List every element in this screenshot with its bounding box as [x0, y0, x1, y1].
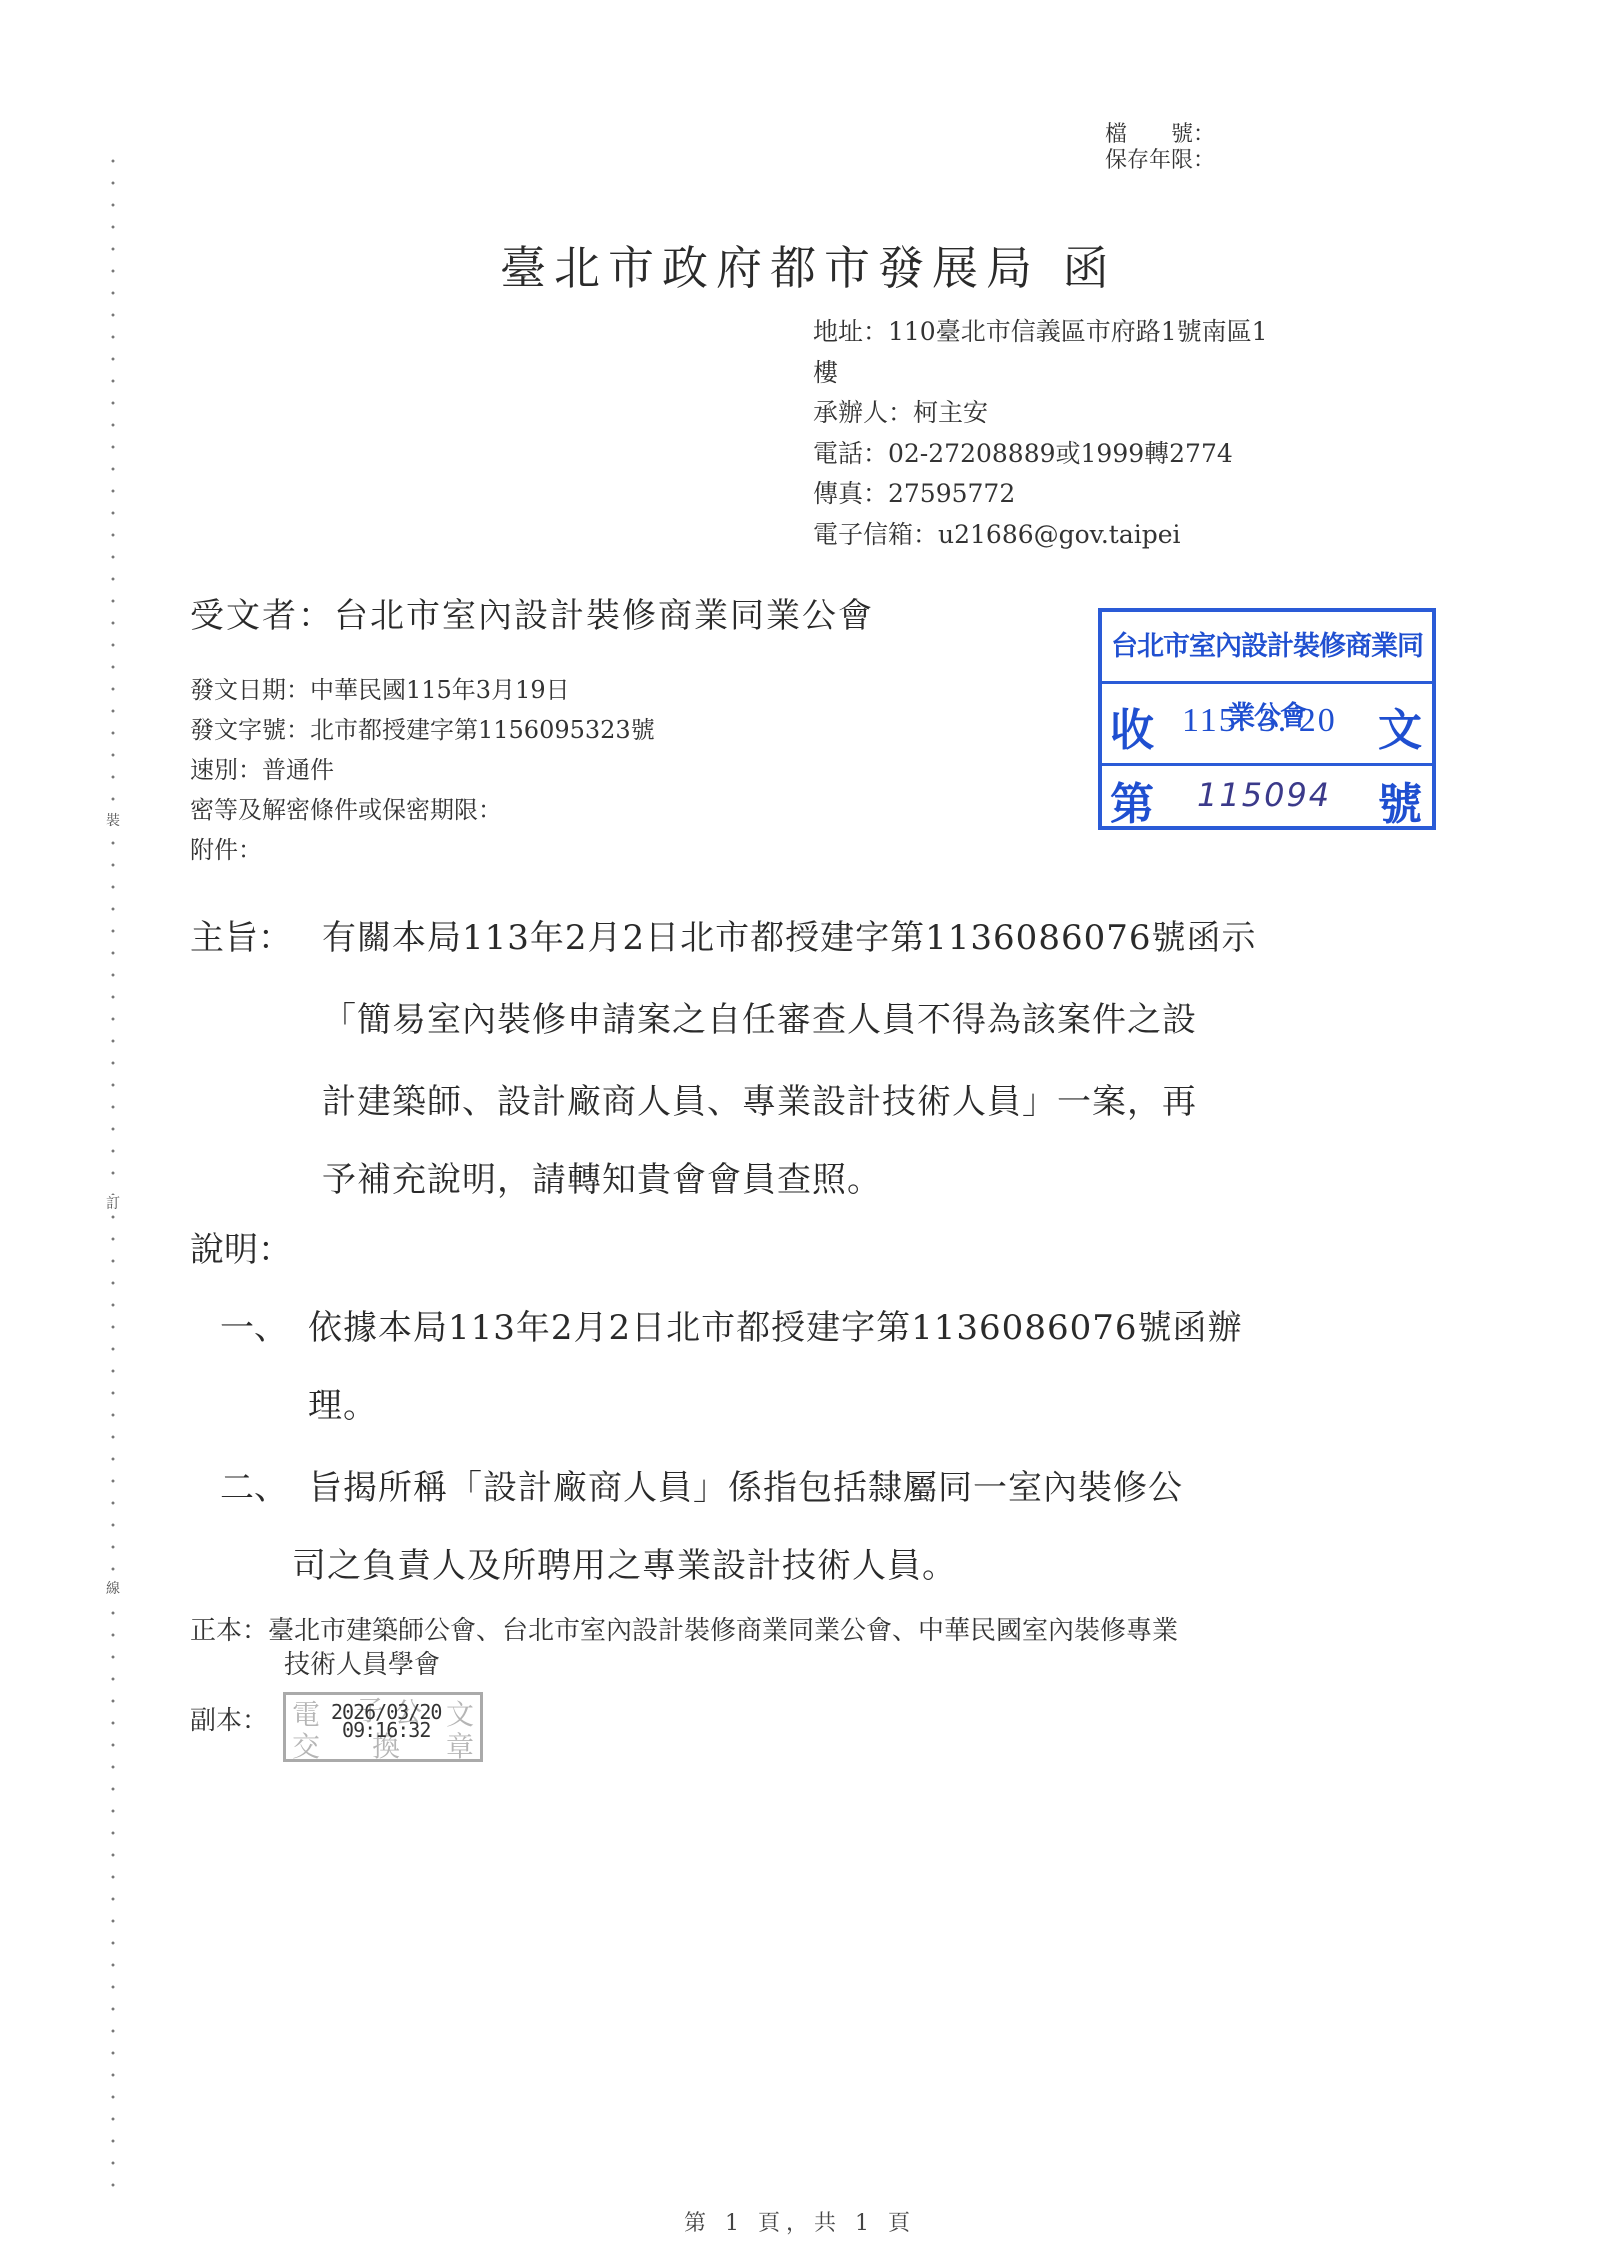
distribution-original: 正本：臺北市建築師公會、台北市室內設計裝修商業同業公會、中華民國室內裝修專業 技…: [190, 1614, 1178, 1682]
subject-line-2: 「簡易室內裝修申請案之自任審查人員不得為該案件之設: [322, 992, 1197, 1041]
document-meta: 發文日期：中華民國115年3月19日 發文字號：北市都授建字第115609532…: [190, 670, 655, 870]
estamp-time: 09:16:32: [331, 1721, 441, 1739]
original-recipients-line-1: 臺北市建築師公會、台北市室內設計裝修商業同業公會、中華民國室內裝修專業: [268, 1616, 1178, 1646]
classification: 密等及解密條件或保密期限：: [190, 790, 655, 830]
explanation-item-2-line-1: 旨揭所稱「設計廠商人員」係指包括隸屬同一室內裝修公: [308, 1460, 1183, 1509]
binding-label-zhuang: 裝: [104, 812, 122, 830]
stamp-no-prefix: 第: [1110, 768, 1154, 832]
explanation-item-1-line-1: 依據本局113年2月2日北市都授建字第1136086076號函辦: [308, 1300, 1242, 1349]
explanation-item-2-line-2: 司之負責人及所聘用之專業設計技術人員。: [292, 1538, 957, 1587]
retention-label: 保存年限：: [1105, 148, 1215, 174]
phone: 電話：02-27208889或1999轉2774: [813, 434, 1268, 475]
stamp-doc-char: 文: [1378, 694, 1422, 758]
contact-block: 地址：110臺北市信義區市府路1號南區1 樓 承辦人：柯主安 電話：02-272…: [813, 312, 1268, 555]
issue-date: 發文日期：中華民國115年3月19日: [190, 670, 655, 710]
subject-label: 主旨：: [190, 910, 292, 959]
file-meta: 檔 號： 保存年限：: [1105, 122, 1215, 174]
fax: 傳真：27595772: [813, 474, 1268, 515]
estamp-char-5: 交: [292, 1725, 320, 1765]
subject-line-1: 有關本局113年2月2日北市都授建字第1136086076號函示: [322, 910, 1256, 959]
received-stamp: 台北市室內設計裝修商業同業公會 收 115. 3. 20 文 第 115094 …: [1098, 608, 1436, 830]
handler: 承辦人：柯主安: [813, 393, 1268, 434]
recipient: 受文者：台北市室內設計裝修商業同業公會: [190, 588, 874, 637]
binding-label-ding: 訂: [104, 1195, 122, 1213]
binding-margin-dots: [110, 150, 116, 2190]
subject-line-4: 予補充說明，請轉知貴會會員查照。: [322, 1152, 882, 1201]
file-number-label: 檔 號：: [1105, 122, 1215, 148]
stamp-date-row: 收 115. 3. 20 文: [1102, 684, 1432, 766]
stamp-no-suffix: 號: [1378, 768, 1422, 832]
binding-label-xian: 線: [104, 1580, 122, 1598]
original-recipients-line-2: 技術人員學會: [190, 1648, 1178, 1682]
explanation-label: 說明：: [190, 1222, 292, 1271]
stamp-handwritten-number: 115094: [1197, 776, 1331, 814]
stamp-date: 115. 3. 20: [1182, 702, 1337, 740]
document-title: 臺北市政府都市發展局 函: [500, 232, 1117, 298]
explanation-item-2-num: 二、: [220, 1460, 288, 1509]
explanation-item-1-num: 一、: [220, 1300, 288, 1349]
estamp-timestamp: 2026/03/20 09:16:32: [331, 1703, 441, 1739]
stamp-number-row: 第 115094 號: [1102, 766, 1432, 828]
doc-number: 發文字號：北市都授建字第1156095323號: [190, 710, 655, 750]
stamp-receive-char: 收: [1110, 694, 1154, 758]
stamp-org: 台北市室內設計裝修商業同業公會: [1102, 612, 1432, 684]
estamp-char-7: 章: [446, 1725, 474, 1765]
address-line-1: 地址：110臺北市信義區市府路1號南區1: [813, 312, 1268, 353]
copy-label: 副本：: [190, 1700, 268, 1737]
address-line-2: 樓: [813, 353, 1268, 394]
electronic-exchange-stamp: 電 子 公 文 交 換 章 2026/03/20 09:16:32: [283, 1692, 483, 1762]
original-label: 正本：: [190, 1616, 268, 1646]
attachments: 附件：: [190, 830, 655, 870]
explanation-item-1-line-2: 理。: [308, 1378, 378, 1427]
priority: 速別：普通件: [190, 750, 655, 790]
subject-line-3: 計建築師、設計廠商人員、專業設計技術人員」一案，再: [322, 1074, 1197, 1123]
email: 電子信箱：u21686@gov.taipei: [813, 515, 1268, 556]
page-footer: 第 1 頁，共 1 頁: [0, 2206, 1600, 2237]
